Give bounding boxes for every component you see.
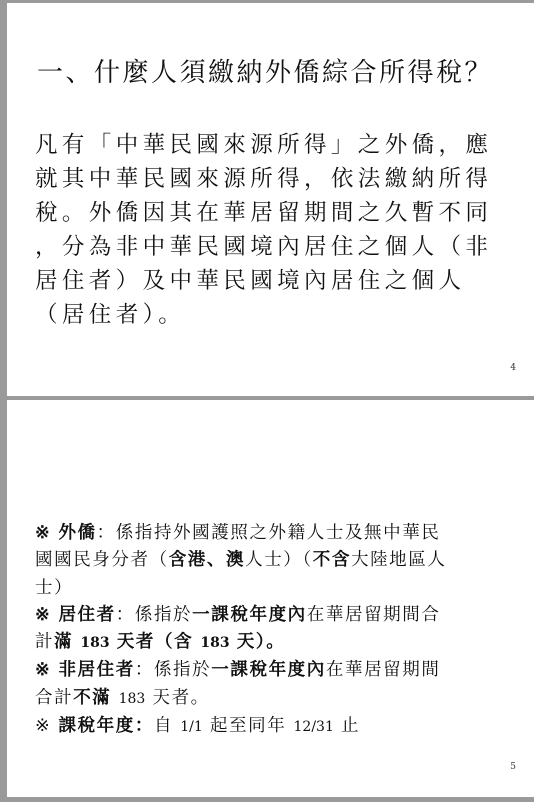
reference-mark-icon: ※ (35, 660, 51, 680)
reference-mark-icon: ※ (35, 605, 51, 625)
date-end: 12/31 (294, 719, 334, 735)
day-count: 183 (200, 635, 229, 651)
emphasis-text: 天者（含 (117, 632, 193, 652)
definition-line: 合計不滿 183 天者。 (35, 685, 525, 713)
definition-text: 合計 (35, 688, 73, 708)
paragraph-line: （居住者）。 (35, 298, 515, 332)
colon: ： (97, 523, 116, 543)
definition-text: 天者。 (152, 688, 209, 708)
emphasis-text: 一課稅年度內 (192, 605, 307, 625)
colon: ： (135, 660, 154, 680)
emphasis-text: 天）。 (237, 632, 286, 652)
term-label: 非居住者 (58, 660, 134, 680)
definition-text: 止 (341, 716, 360, 736)
term-label: 課稅年度 (58, 716, 134, 736)
day-count: 183 (119, 691, 146, 707)
emphasis-text: 滿 (54, 632, 73, 652)
emphasis-text: 含港、澳 (169, 550, 245, 570)
definition-text: 自 (154, 716, 173, 736)
definition-line: 國國民身分者（含港、澳人士）（不含大陸地區人 (35, 547, 525, 574)
definition-text: 國國民身分者（ (35, 550, 169, 570)
paragraph-line: 稅。外僑因其在華居留期間之久暫不同 (35, 196, 515, 230)
slide-page-5: ※ 外僑：係指持外國護照之外籍人士及無中華民 國國民身分者（含港、澳人士）（不含… (7, 400, 534, 797)
slide-title: 一、什麼人須繳納外僑綜合所得稅？ (37, 52, 493, 89)
colon: ： (135, 716, 154, 736)
definition-foreigner: ※ 外僑：係指持外國護照之外籍人士及無中華民 (35, 520, 525, 547)
term-label: 外僑 (58, 523, 96, 543)
definition-line: 士） (35, 575, 525, 602)
term-label: 居住者 (58, 605, 115, 625)
emphasis-text: 不含 (313, 550, 351, 570)
reference-mark-icon: ※ (35, 523, 51, 543)
paragraph-line: 就其中華民國來源所得，依法繳納所得 (35, 162, 515, 196)
definition-text: 在華居留期間合 (307, 605, 441, 625)
emphasis-text: 不滿 (73, 688, 111, 708)
definition-resident: ※ 居住者：係指於一課稅年度內在華居留期間合 (35, 602, 525, 629)
definition-text: 在華居留期間 (326, 660, 441, 680)
definition-tax-year: ※ 課稅年度：自 1/1 起至同年 12/31 止 (35, 713, 525, 741)
date-start: 1/1 (180, 719, 203, 735)
paragraph-line: ，分為非中華民國境內居住之個人（非 (35, 230, 515, 264)
day-count: 183 (80, 635, 109, 651)
definition-text: 計 (35, 632, 54, 652)
reference-mark-icon: ※ (35, 716, 51, 736)
definition-text: 大陸地區人 (351, 550, 447, 570)
paragraph-line: 居住者）及中華民國境內居住之個人 (35, 264, 515, 298)
definition-line: 計滿 183 天者（含 183 天）。 (35, 629, 525, 657)
definition-text: 係指於 (154, 660, 211, 680)
page-number: 4 (510, 363, 516, 373)
colon: ： (116, 605, 135, 625)
definition-text: 係指持外國護照之外籍人士及無中華民 (116, 523, 441, 543)
slide-paragraph: 凡有「中華民國來源所得」之外僑，應 就其中華民國來源所得，依法繳納所得 稅。外僑… (35, 128, 515, 332)
definition-text: 係指於 (135, 605, 192, 625)
slide-page-4: 一、什麼人須繳納外僑綜合所得稅？ 凡有「中華民國來源所得」之外僑，應 就其中華民… (7, 3, 534, 396)
definition-text: 起至同年 (210, 716, 286, 736)
page-number: 5 (510, 762, 516, 772)
emphasis-text: 一課稅年度內 (211, 660, 326, 680)
definitions-list: ※ 外僑：係指持外國護照之外籍人士及無中華民 國國民身分者（含港、澳人士）（不含… (35, 520, 525, 741)
paragraph-line: 凡有「中華民國來源所得」之外僑，應 (35, 128, 515, 162)
definition-text: 人士）（ (245, 550, 313, 570)
definition-non-resident: ※ 非居住者：係指於一課稅年度內在華居留期間 (35, 657, 525, 684)
